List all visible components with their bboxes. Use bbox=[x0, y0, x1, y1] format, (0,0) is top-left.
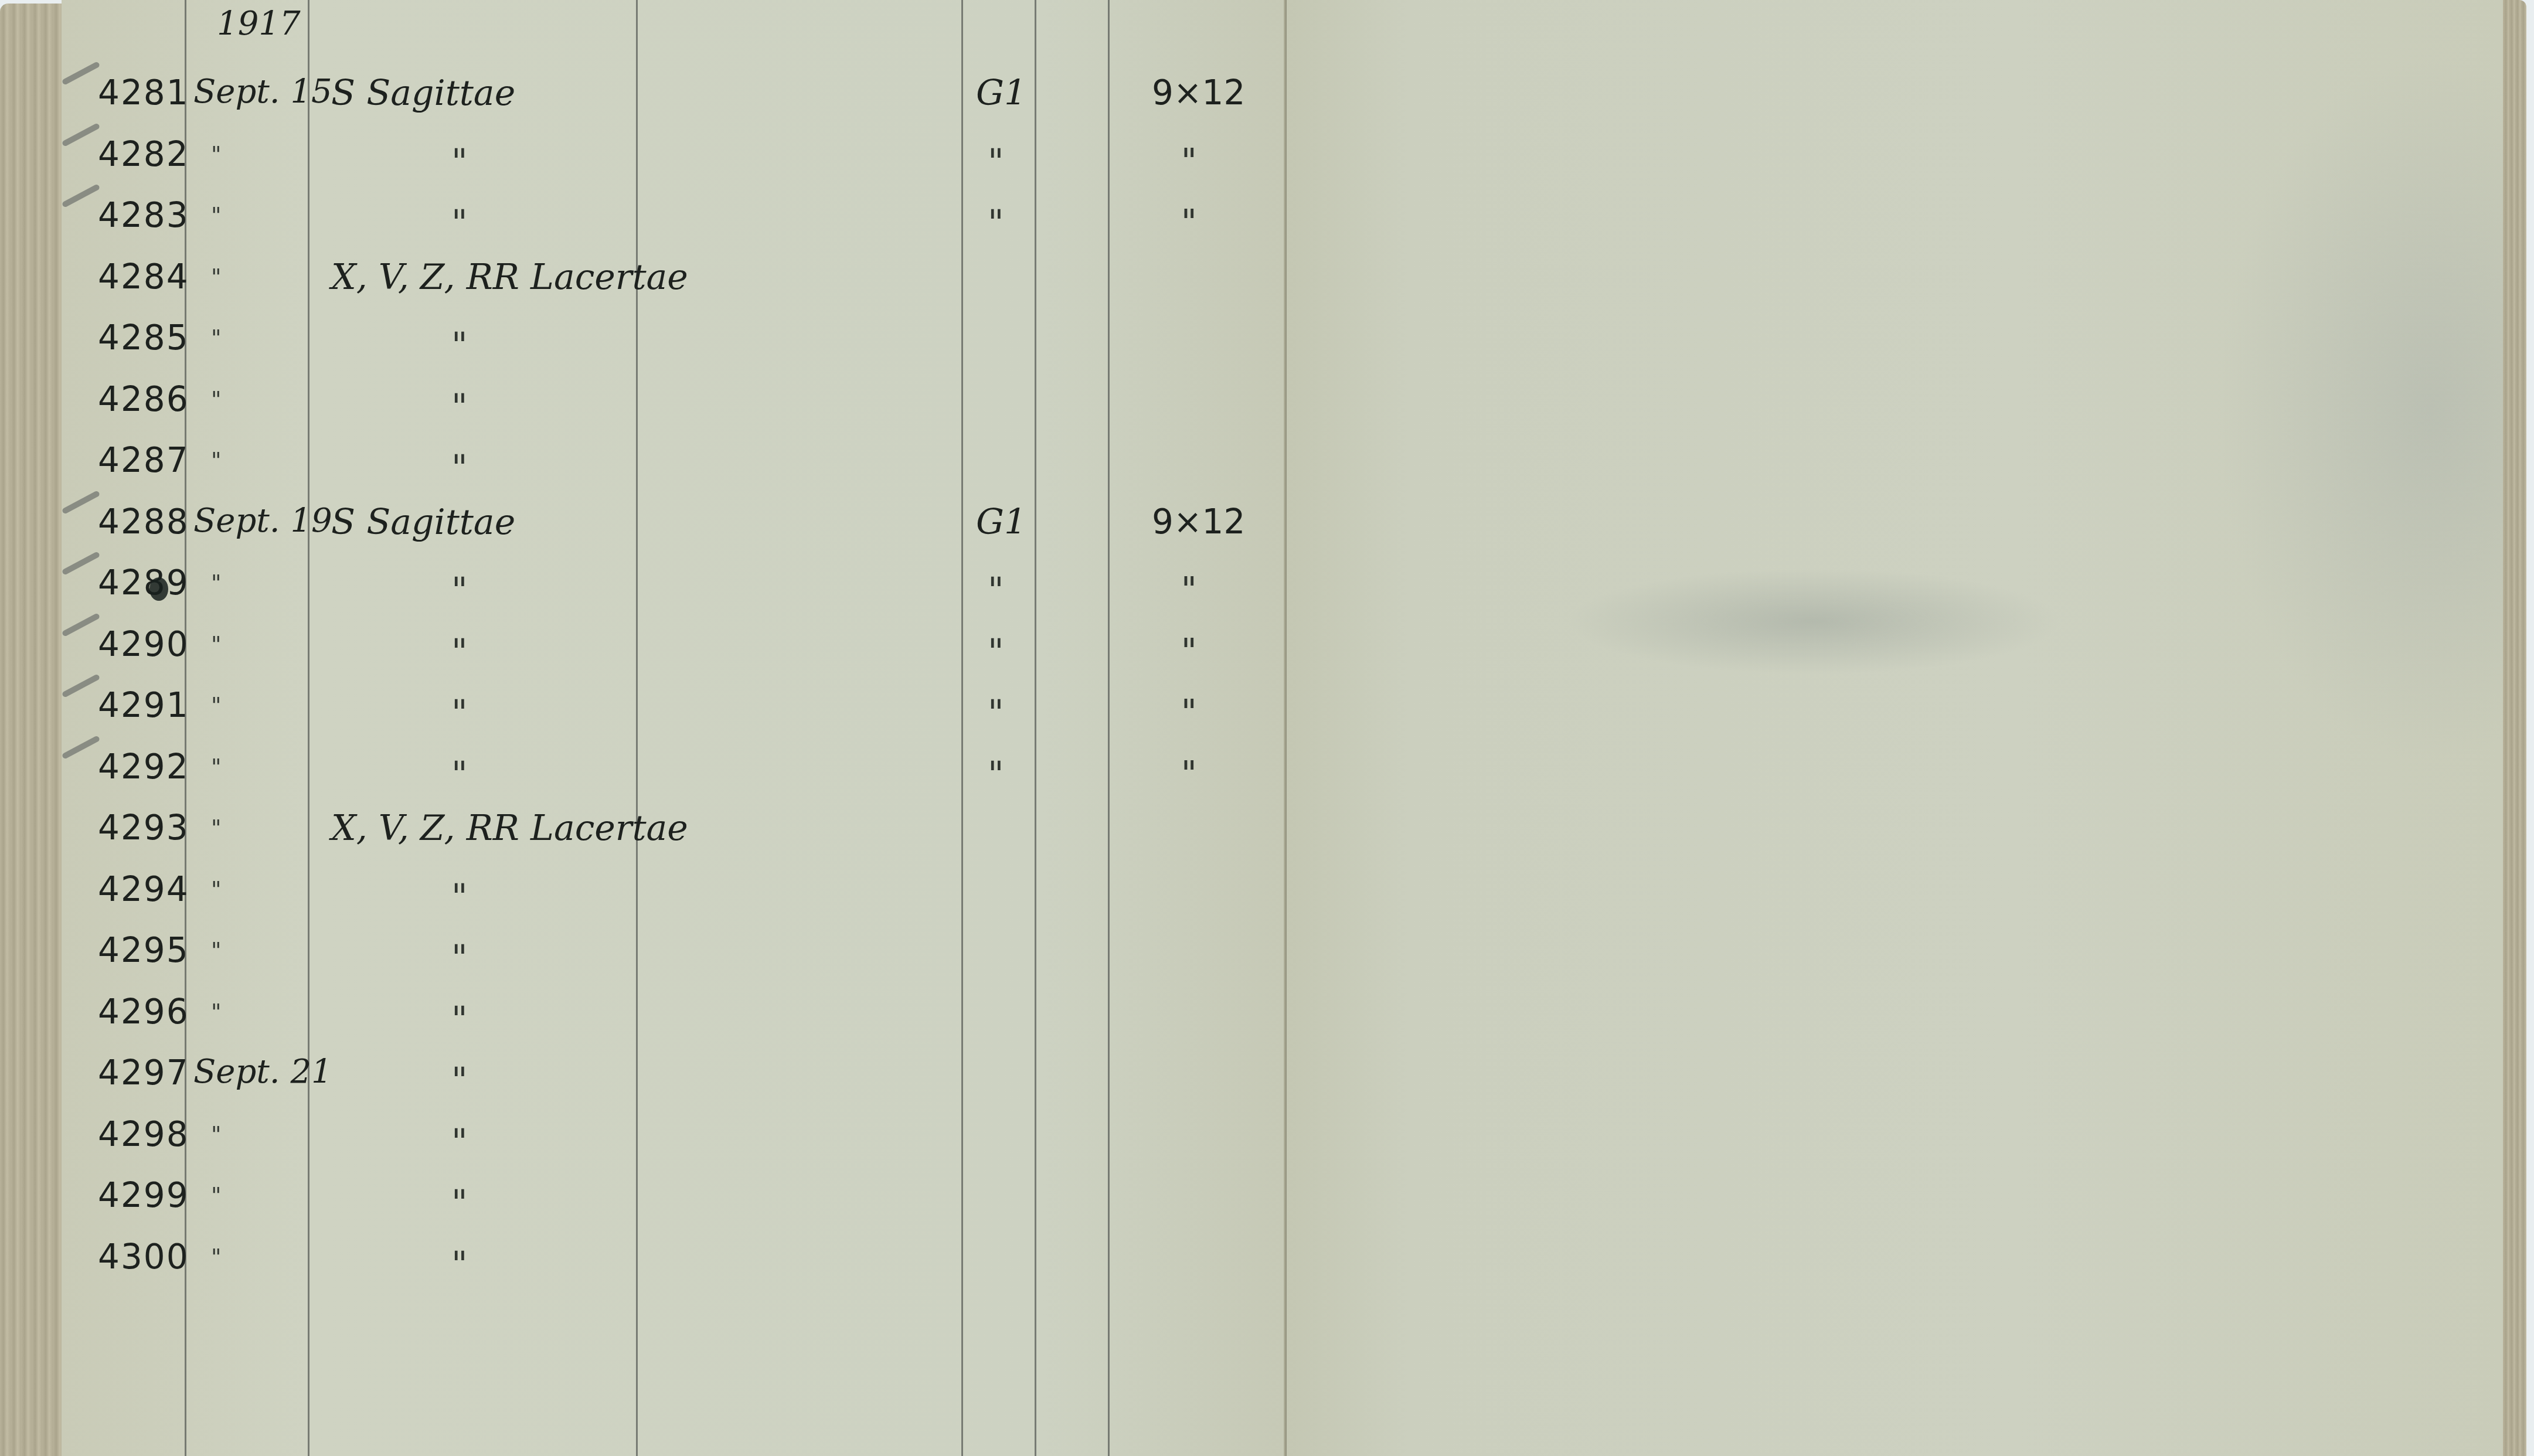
object-name: " bbox=[451, 447, 468, 488]
register-row: 4293"X, V, Z, RR Lacertae bbox=[62, 804, 1287, 865]
open-notebook: 1917 4281Sept. 15S SagittaeG19×124282"""… bbox=[0, 0, 2534, 1456]
object-name: X, V, Z, RR Lacertae bbox=[331, 257, 688, 298]
observation-date: " bbox=[211, 1244, 221, 1270]
register-row: 4284"X, V, Z, RR Lacertae bbox=[62, 253, 1287, 314]
plate-number: 4292 bbox=[98, 747, 189, 787]
register-row: 4289"""" bbox=[62, 559, 1287, 620]
observation-date: " bbox=[211, 202, 221, 228]
observation-date: " bbox=[211, 386, 221, 412]
plate-size: " bbox=[1181, 202, 1197, 242]
object-name: " bbox=[451, 999, 468, 1040]
object-name: S Sagittae bbox=[331, 73, 515, 114]
object-name: S Sagittae bbox=[331, 502, 515, 543]
register-row: 4281Sept. 15S SagittaeG19×12 bbox=[62, 69, 1287, 130]
plate-size: 9×12 bbox=[1152, 73, 1245, 113]
plate-number: 4293 bbox=[98, 808, 189, 848]
object-name: X, V, Z, RR Lacertae bbox=[331, 808, 688, 849]
plate-type: G1 bbox=[976, 73, 1026, 114]
plate-number: 4296 bbox=[98, 992, 189, 1032]
plate-size: 9×12 bbox=[1152, 502, 1245, 542]
object-name: " bbox=[451, 202, 468, 243]
register-row: 4298"" bbox=[62, 1111, 1287, 1172]
observation-date: " bbox=[211, 141, 221, 167]
plate-number: 4297 bbox=[98, 1053, 189, 1093]
plate-number: 4300 bbox=[98, 1237, 189, 1277]
observation-date: Sept. 15 bbox=[193, 73, 332, 111]
year-header: 1917 bbox=[217, 5, 301, 43]
plate-number: 4294 bbox=[98, 869, 189, 909]
register-row: 4286"" bbox=[62, 376, 1287, 437]
observation-date: " bbox=[211, 570, 221, 596]
check-tick-mark bbox=[62, 61, 101, 86]
observation-date: " bbox=[211, 447, 221, 473]
observation-date: Sept. 21 bbox=[193, 1053, 332, 1091]
right-page bbox=[1287, 0, 2503, 1456]
plate-number: 4290 bbox=[98, 624, 189, 664]
register-row: 4296"" bbox=[62, 988, 1287, 1049]
register-row: 4294"" bbox=[62, 866, 1287, 927]
plate-number: 4286 bbox=[98, 379, 189, 419]
object-name: " bbox=[451, 1182, 468, 1223]
register-row: 4282"""" bbox=[62, 131, 1287, 192]
object-name: " bbox=[451, 631, 468, 672]
plate-number: 4289 bbox=[98, 563, 189, 603]
plate-type: " bbox=[988, 141, 1004, 182]
object-name: " bbox=[451, 937, 468, 978]
observation-date: " bbox=[211, 692, 221, 718]
page-stack-left-edge bbox=[0, 4, 62, 1456]
plate-number: 4285 bbox=[98, 318, 189, 358]
register-row: 4287"" bbox=[62, 437, 1287, 498]
observation-date: " bbox=[211, 937, 221, 963]
object-name: " bbox=[451, 876, 468, 917]
plate-number: 4287 bbox=[98, 440, 189, 480]
plate-number: 4295 bbox=[98, 930, 189, 970]
observation-date: " bbox=[211, 325, 221, 351]
plate-size: " bbox=[1181, 631, 1197, 671]
object-name: " bbox=[451, 1244, 468, 1285]
observation-date: " bbox=[211, 876, 221, 902]
plate-number: 4283 bbox=[98, 195, 189, 235]
plate-type: " bbox=[988, 754, 1004, 795]
register-row: 4291"""" bbox=[62, 682, 1287, 743]
register-row: 4290"""" bbox=[62, 621, 1287, 682]
register-row: 4285"" bbox=[62, 314, 1287, 375]
register-row: 4299"" bbox=[62, 1172, 1287, 1233]
observation-date: " bbox=[211, 815, 221, 841]
plate-type: " bbox=[988, 631, 1004, 672]
plate-type: " bbox=[988, 692, 1004, 733]
observation-date: " bbox=[211, 264, 221, 290]
plate-size: " bbox=[1181, 570, 1197, 610]
register-row: 4283"""" bbox=[62, 192, 1287, 253]
left-page: 1917 4281Sept. 15S SagittaeG19×124282"""… bbox=[62, 0, 1287, 1456]
plate-number: 4284 bbox=[98, 257, 189, 297]
object-name: " bbox=[451, 570, 468, 611]
plate-number: 4282 bbox=[98, 134, 189, 174]
object-name: " bbox=[451, 141, 468, 182]
plate-number: 4288 bbox=[98, 502, 189, 542]
observation-date: " bbox=[211, 631, 221, 657]
object-name: " bbox=[451, 1060, 468, 1101]
object-name: " bbox=[451, 692, 468, 733]
ink-blot bbox=[149, 577, 168, 601]
register-row: 4300"" bbox=[62, 1233, 1287, 1294]
observation-date: " bbox=[211, 999, 221, 1025]
register-row: 4288Sept. 19S SagittaeG19×12 bbox=[62, 498, 1287, 559]
page-stack-right-edge bbox=[2503, 0, 2526, 1456]
observation-date: " bbox=[211, 1121, 221, 1147]
object-name: " bbox=[451, 386, 468, 427]
plate-type: G1 bbox=[976, 502, 1026, 543]
observation-date: " bbox=[211, 1182, 221, 1208]
plate-type: " bbox=[988, 202, 1004, 243]
plate-number: 4291 bbox=[98, 685, 189, 725]
register-row: 4297Sept. 21" bbox=[62, 1049, 1287, 1110]
plate-number: 4298 bbox=[98, 1114, 189, 1154]
plate-number: 4299 bbox=[98, 1175, 189, 1215]
object-name: " bbox=[451, 325, 468, 366]
object-name: " bbox=[451, 1121, 468, 1162]
object-name: " bbox=[451, 754, 468, 795]
plate-size: " bbox=[1181, 754, 1197, 794]
observation-date: " bbox=[211, 754, 221, 780]
observation-date: Sept. 19 bbox=[193, 502, 332, 540]
plate-size: " bbox=[1181, 692, 1197, 732]
register-row: 4295"" bbox=[62, 927, 1287, 988]
plate-size: " bbox=[1181, 141, 1197, 181]
plate-type: " bbox=[988, 570, 1004, 611]
plate-number: 4281 bbox=[98, 73, 189, 113]
register-row: 4292"""" bbox=[62, 743, 1287, 804]
